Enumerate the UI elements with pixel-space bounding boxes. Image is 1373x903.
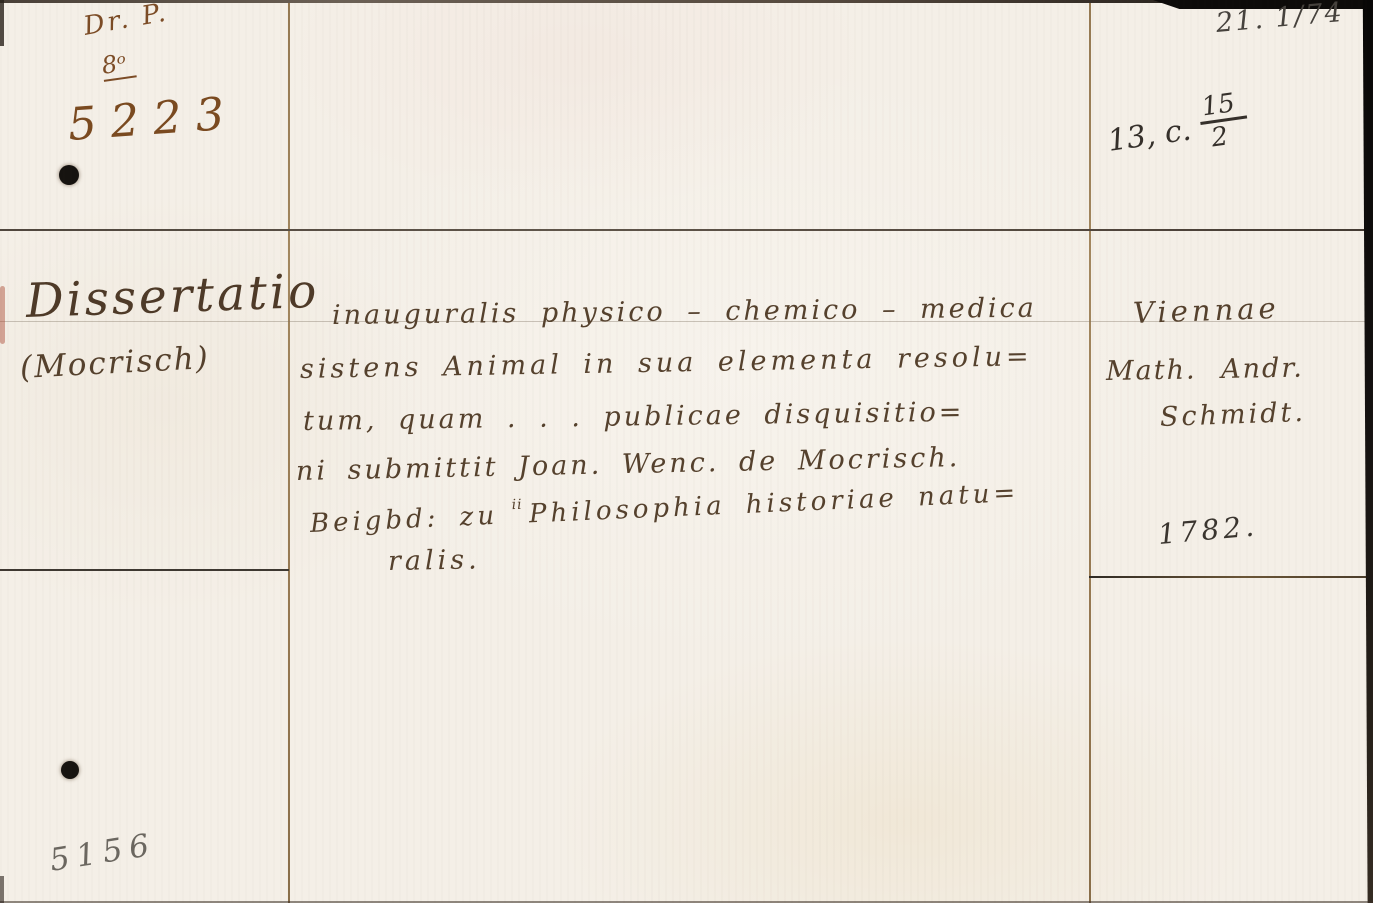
shelf-fraction: 15 2 [1196, 89, 1251, 153]
ink-shelf-note-prefix: 13, c. [1106, 112, 1194, 158]
scan-edge-left-top [0, 0, 4, 46]
ink-shelf-note: 13, c. 15 2 [1104, 93, 1251, 170]
left-column-bottom-rule [0, 569, 289, 571]
pencil-date-note: 21. 1/74 [1215, 0, 1345, 39]
catalogue-card-scan: Dr. P. 8ᵒ 5223 21. 1/74 13, c. 15 2 Diss… [0, 0, 1373, 903]
entry-line-3: tum, quam . . . publicae disquisitio= [303, 397, 965, 437]
imprint-printer-line-1: Math. Andr. [1106, 353, 1304, 387]
header-divider-rule [0, 229, 1373, 231]
entry-line-6: ralis. [388, 544, 481, 577]
imprint-year: 1782. [1157, 509, 1260, 551]
imprint-place: Viennae [1132, 291, 1280, 330]
right-column-rule [1089, 0, 1091, 903]
shelf-fraction-denominator: 2 [1209, 121, 1229, 151]
entry-line-2: sistens Animal in sua elementa resolu= [300, 341, 1033, 385]
entry-author-name: (Mocrisch) [19, 340, 211, 386]
scan-edge-right [1361, 0, 1373, 903]
pencil-accession-number: 5156 [47, 826, 158, 878]
hole-punch-bottom [61, 761, 79, 779]
entry-line-5: Beigbd: zuiiPhilosophia historiae natu= [309, 475, 1020, 539]
hole-punch-top [59, 165, 79, 185]
left-column-rule [288, 0, 290, 903]
scan-edge-left-bottom [0, 876, 4, 903]
imprint-printer-line-2: Schmidt. [1159, 397, 1306, 433]
shelf-fraction-numerator: 15 [1196, 89, 1247, 125]
catalog-number: 5223 [66, 86, 240, 151]
scan-edge-left-red-mark [0, 286, 5, 344]
entry-line-4: ni submittit Joan. Wenc. de Mocrisch. [296, 442, 961, 487]
format-mark-octavo: 8ᵒ [100, 48, 136, 82]
entry-line-5-prefix: Beigbd: zu [309, 501, 498, 539]
entry-line-5-insertion-mark: ii [511, 497, 523, 513]
imprint-bottom-rule [1089, 576, 1373, 578]
entry-title-word: Dissertatio [25, 264, 320, 329]
class-mark: Dr. P. [81, 0, 170, 42]
entry-line-5-rest: Philosophia historiae natu= [528, 478, 1019, 529]
entry-line-1: inauguralis physico – chemico – medica [332, 293, 1037, 331]
